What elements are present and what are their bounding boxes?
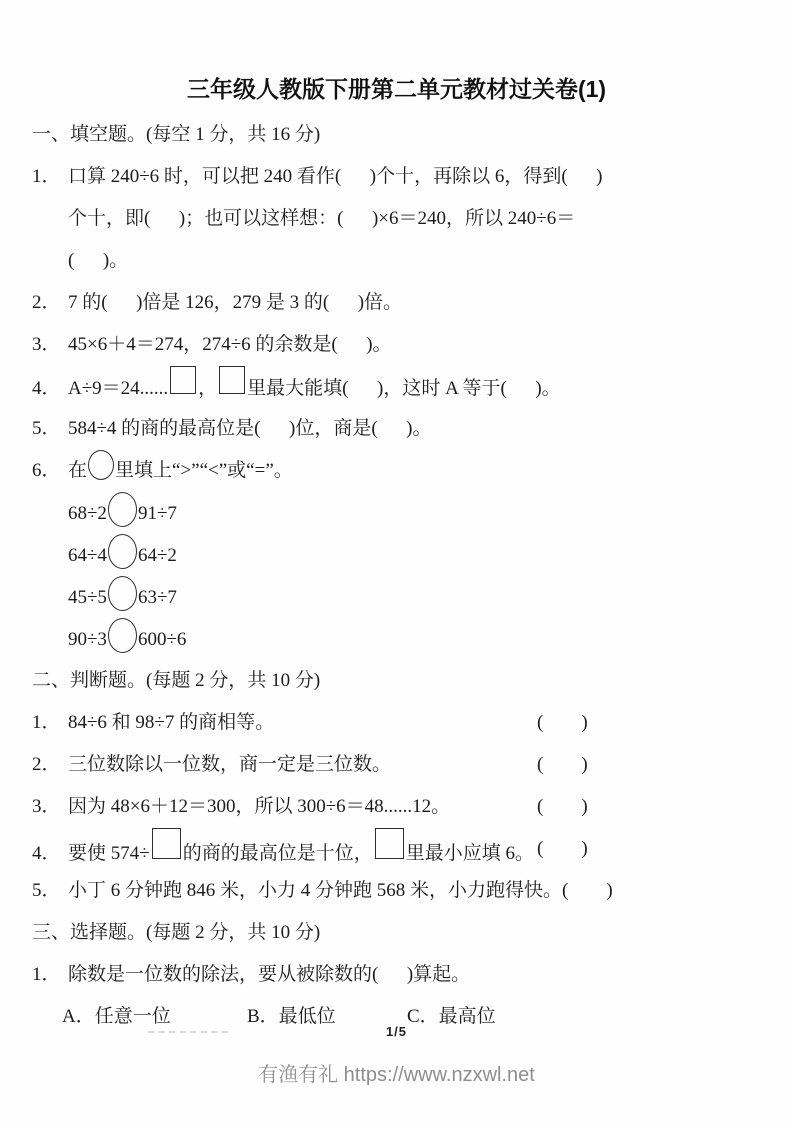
question-text: 的商的最高位是十位，	[183, 843, 373, 864]
question-text: 84÷6 和 98÷7 的商相等。	[68, 712, 274, 733]
judge-item: 1．84÷6 和 98÷7 的商相等。( )	[32, 702, 773, 744]
blank-box-icon	[152, 828, 181, 859]
pair-right-expression: 600÷6	[138, 629, 186, 650]
answer-parens: ( )	[537, 786, 588, 828]
question-number: 1．	[32, 156, 68, 198]
answer-parens: ( )	[537, 828, 588, 870]
comparison-circle-icon	[108, 534, 137, 569]
question-text: 除数是一位数的除法，要从被除数的( )算起。	[68, 964, 470, 985]
fill-q3: 3．45×6＋4＝274，274÷6 的余数是( )。	[32, 324, 773, 366]
question-number: 1．	[32, 702, 68, 744]
question-text: 在	[68, 460, 87, 481]
answer-parens: ( )	[537, 744, 588, 786]
pair-right-expression: 64÷2	[138, 545, 177, 566]
question-text: 因为 48×6＋12＝300，所以 300÷6＝48......12。	[68, 796, 450, 817]
question-text: 里最大能填( )，这时 A 等于( )。	[247, 378, 560, 399]
comparison-circle-icon	[108, 492, 137, 527]
question-text: 个十，即( )；也可以这样想：( )×6＝240，所以 240÷6＝	[68, 208, 575, 229]
question-text: ，	[198, 378, 217, 399]
fill-q1-line1: 1．口算 240÷6 时，可以把 240 看作( )个十，再除以 6，得到( )	[32, 156, 773, 198]
question-text: 小丁 6 分钟跑 846 米，小力 4 分钟跑 568 米，小力跑得快。	[68, 880, 562, 901]
answer-parens: ( )	[537, 702, 588, 744]
fill-q2: 2．7 的( )倍是 126，279 是 3 的( )倍。	[32, 282, 773, 324]
question-text: 三位数除以一位数，商一定是三位数。	[68, 754, 391, 775]
question-number: 6．	[32, 450, 68, 492]
judge-item: 4．要使 574÷的商的最高位是十位，里最小应填 6。( )	[32, 828, 773, 870]
fill-q1-line3: ( )。	[32, 240, 773, 282]
comparison-circle-icon	[88, 450, 114, 480]
question-text: A÷9＝24......	[68, 378, 168, 399]
footer-watermark: 有渔有礼 https://www.nzxwl.net	[0, 1058, 793, 1087]
comparison-pair: 45÷563÷7	[32, 576, 773, 618]
blank-box-icon	[170, 366, 196, 394]
pair-left-expression: 68÷2	[68, 503, 107, 524]
question-text: 里最小应填 6。	[406, 843, 534, 864]
answer-parens: ( )	[562, 880, 613, 901]
question-text: 45×6＋4＝274，274÷6 的余数是( )。	[68, 334, 392, 355]
judge-item: 3．因为 48×6＋12＝300，所以 300÷6＝48......12。( )	[32, 786, 773, 828]
worksheet-page: 三年级人教版下册第二单元教材过关卷(1) 一、填空题。(每空 1 分，共 16 …	[0, 0, 793, 1122]
question-text: 584÷4 的商的最高位是( )位，商是( )。	[68, 418, 432, 439]
blank-box-icon	[375, 828, 404, 859]
question-number: 4．	[32, 833, 68, 875]
comparison-pair: 64÷464÷2	[32, 534, 773, 576]
question-text: 口算 240÷6 时，可以把 240 看作( )个十，再除以 6，得到( )	[68, 166, 603, 187]
pair-right-expression: 63÷7	[138, 587, 177, 608]
judge-item: 5．小丁 6 分钟跑 846 米，小力 4 分钟跑 568 米，小力跑得快。( …	[32, 870, 773, 912]
section-choice-heading: 三、选择题。(每题 2 分，共 10 分)	[32, 912, 773, 954]
question-number: 5．	[32, 408, 68, 450]
comparison-pair: 68÷291÷7	[32, 492, 773, 534]
blank-box-icon	[219, 366, 245, 394]
question-text: 要使 574÷	[68, 843, 150, 864]
judge-item: 2．三位数除以一位数，商一定是三位数。( )	[32, 744, 773, 786]
question-text: ( )。	[68, 250, 128, 271]
section-judge-heading: 二、判断题。(每题 2 分，共 10 分)	[32, 660, 773, 702]
question-number: 5．	[32, 870, 68, 912]
fill-q1-line2: 个十，即( )；也可以这样想：( )×6＝240，所以 240÷6＝	[32, 198, 773, 240]
page-title: 三年级人教版下册第二单元教材过关卷(1)	[30, 72, 763, 106]
pair-left-expression: 90÷3	[68, 629, 107, 650]
question-text: 7 的( )倍是 126，279 是 3 的( )倍。	[68, 292, 402, 313]
pair-right-expression: 91÷7	[138, 503, 177, 524]
fill-q4: 4．A÷9＝24......，里最大能填( )，这时 A 等于( )。	[32, 366, 773, 408]
question-number: 2．	[32, 744, 68, 786]
worksheet-content: 一、填空题。(每空 1 分，共 16 分) 1．口算 240÷6 时，可以把 2…	[0, 114, 793, 1038]
question-number: 3．	[32, 324, 68, 366]
section-fill-heading: 一、填空题。(每空 1 分，共 16 分)	[32, 114, 773, 156]
comparison-circle-icon	[108, 576, 137, 611]
page-indicator: 1/5	[0, 1024, 793, 1039]
fill-q6-intro: 6．在里填上“>”“<”或“=”。	[32, 450, 773, 492]
question-text: 里填上“>”“<”或“=”。	[115, 460, 293, 481]
question-number: 3．	[32, 786, 68, 828]
pair-left-expression: 45÷5	[68, 587, 107, 608]
pair-left-expression: 64÷4	[68, 545, 107, 566]
question-number: 2．	[32, 282, 68, 324]
comparison-circle-icon	[108, 618, 137, 653]
question-number: 1．	[32, 954, 68, 996]
question-number: 4．	[32, 368, 68, 410]
fill-q5: 5．584÷4 的商的最高位是( )位，商是( )。	[32, 408, 773, 450]
comparison-pair: 90÷3600÷6	[32, 618, 773, 660]
choice-q1: 1．除数是一位数的除法，要从被除数的( )算起。	[32, 954, 773, 996]
